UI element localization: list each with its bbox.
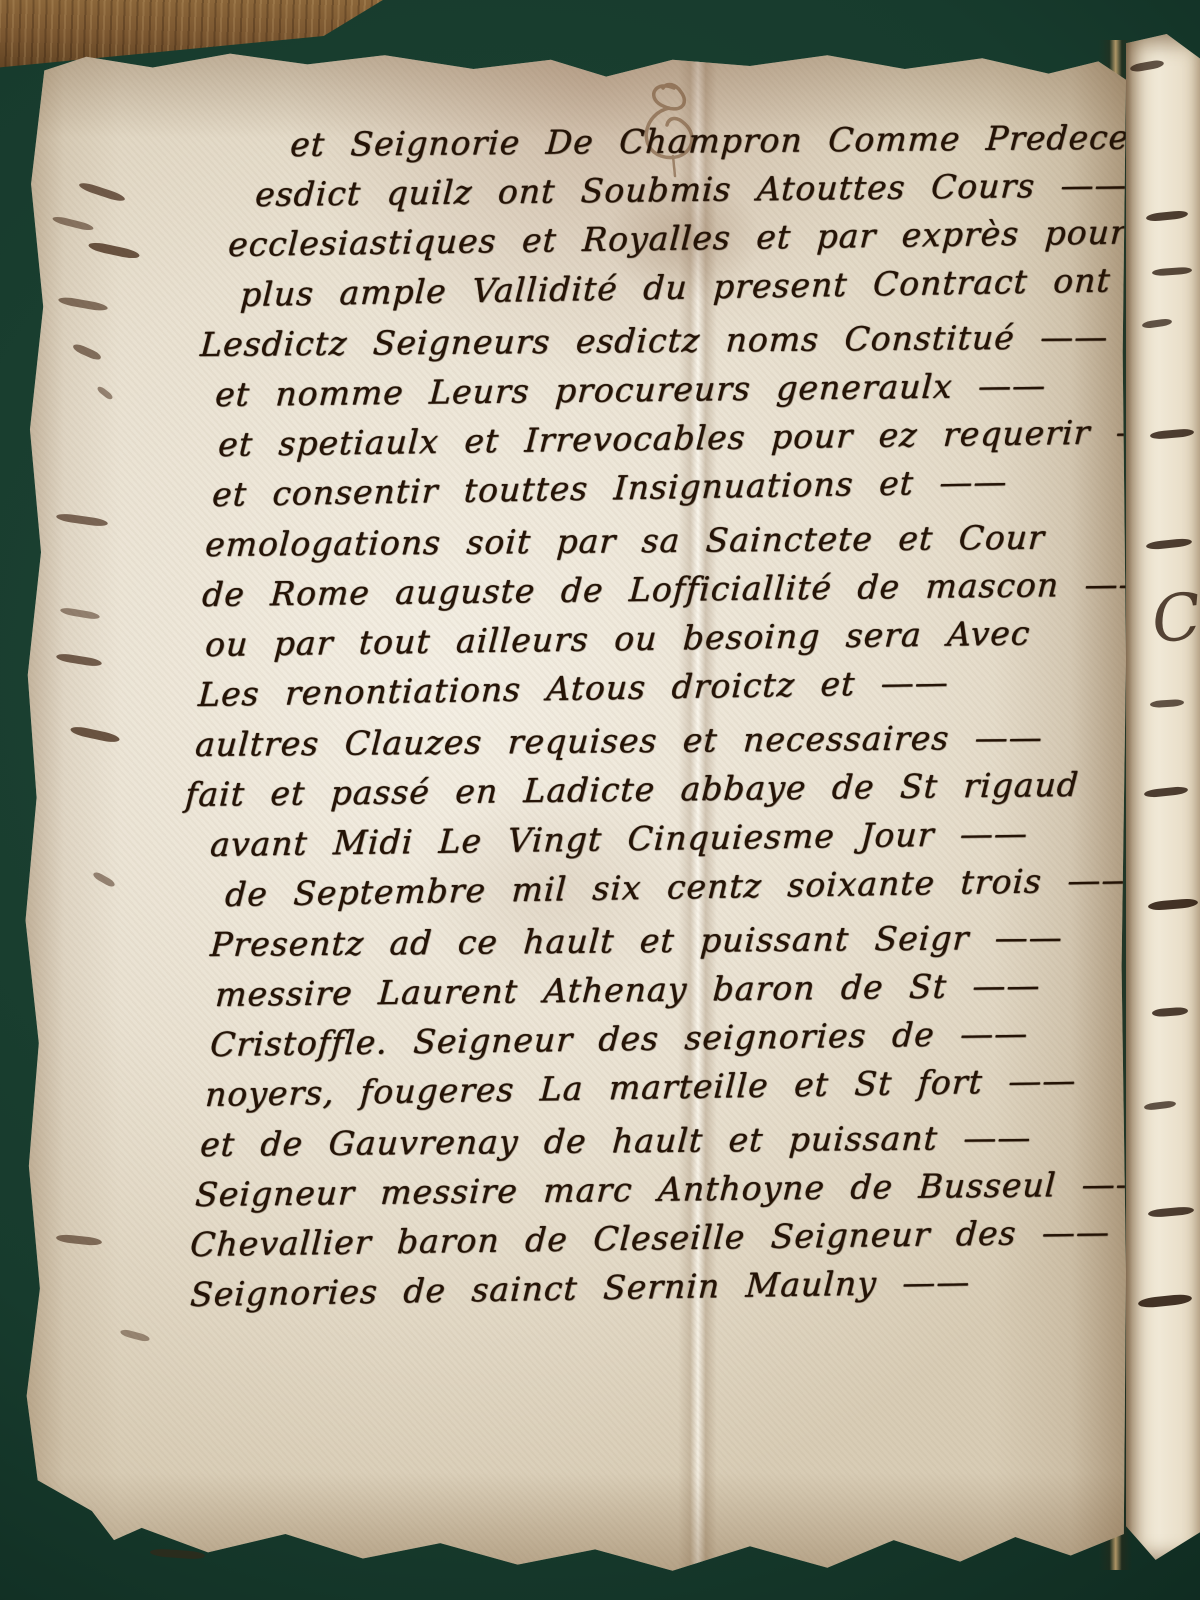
ink-bleed-mark [150, 1548, 205, 1560]
right-page-ink-glyph: C [1148, 580, 1200, 659]
manuscript-text: et Seignorie De Champron Comme Predecess… [20, 125, 1126, 1325]
photo-background: C et Seignorie De Champron Comme Predece… [0, 0, 1200, 1600]
manuscript-page: et Seignorie De Champron Comme Predecess… [20, 46, 1126, 1580]
facing-page-edge: C [1126, 34, 1200, 1566]
